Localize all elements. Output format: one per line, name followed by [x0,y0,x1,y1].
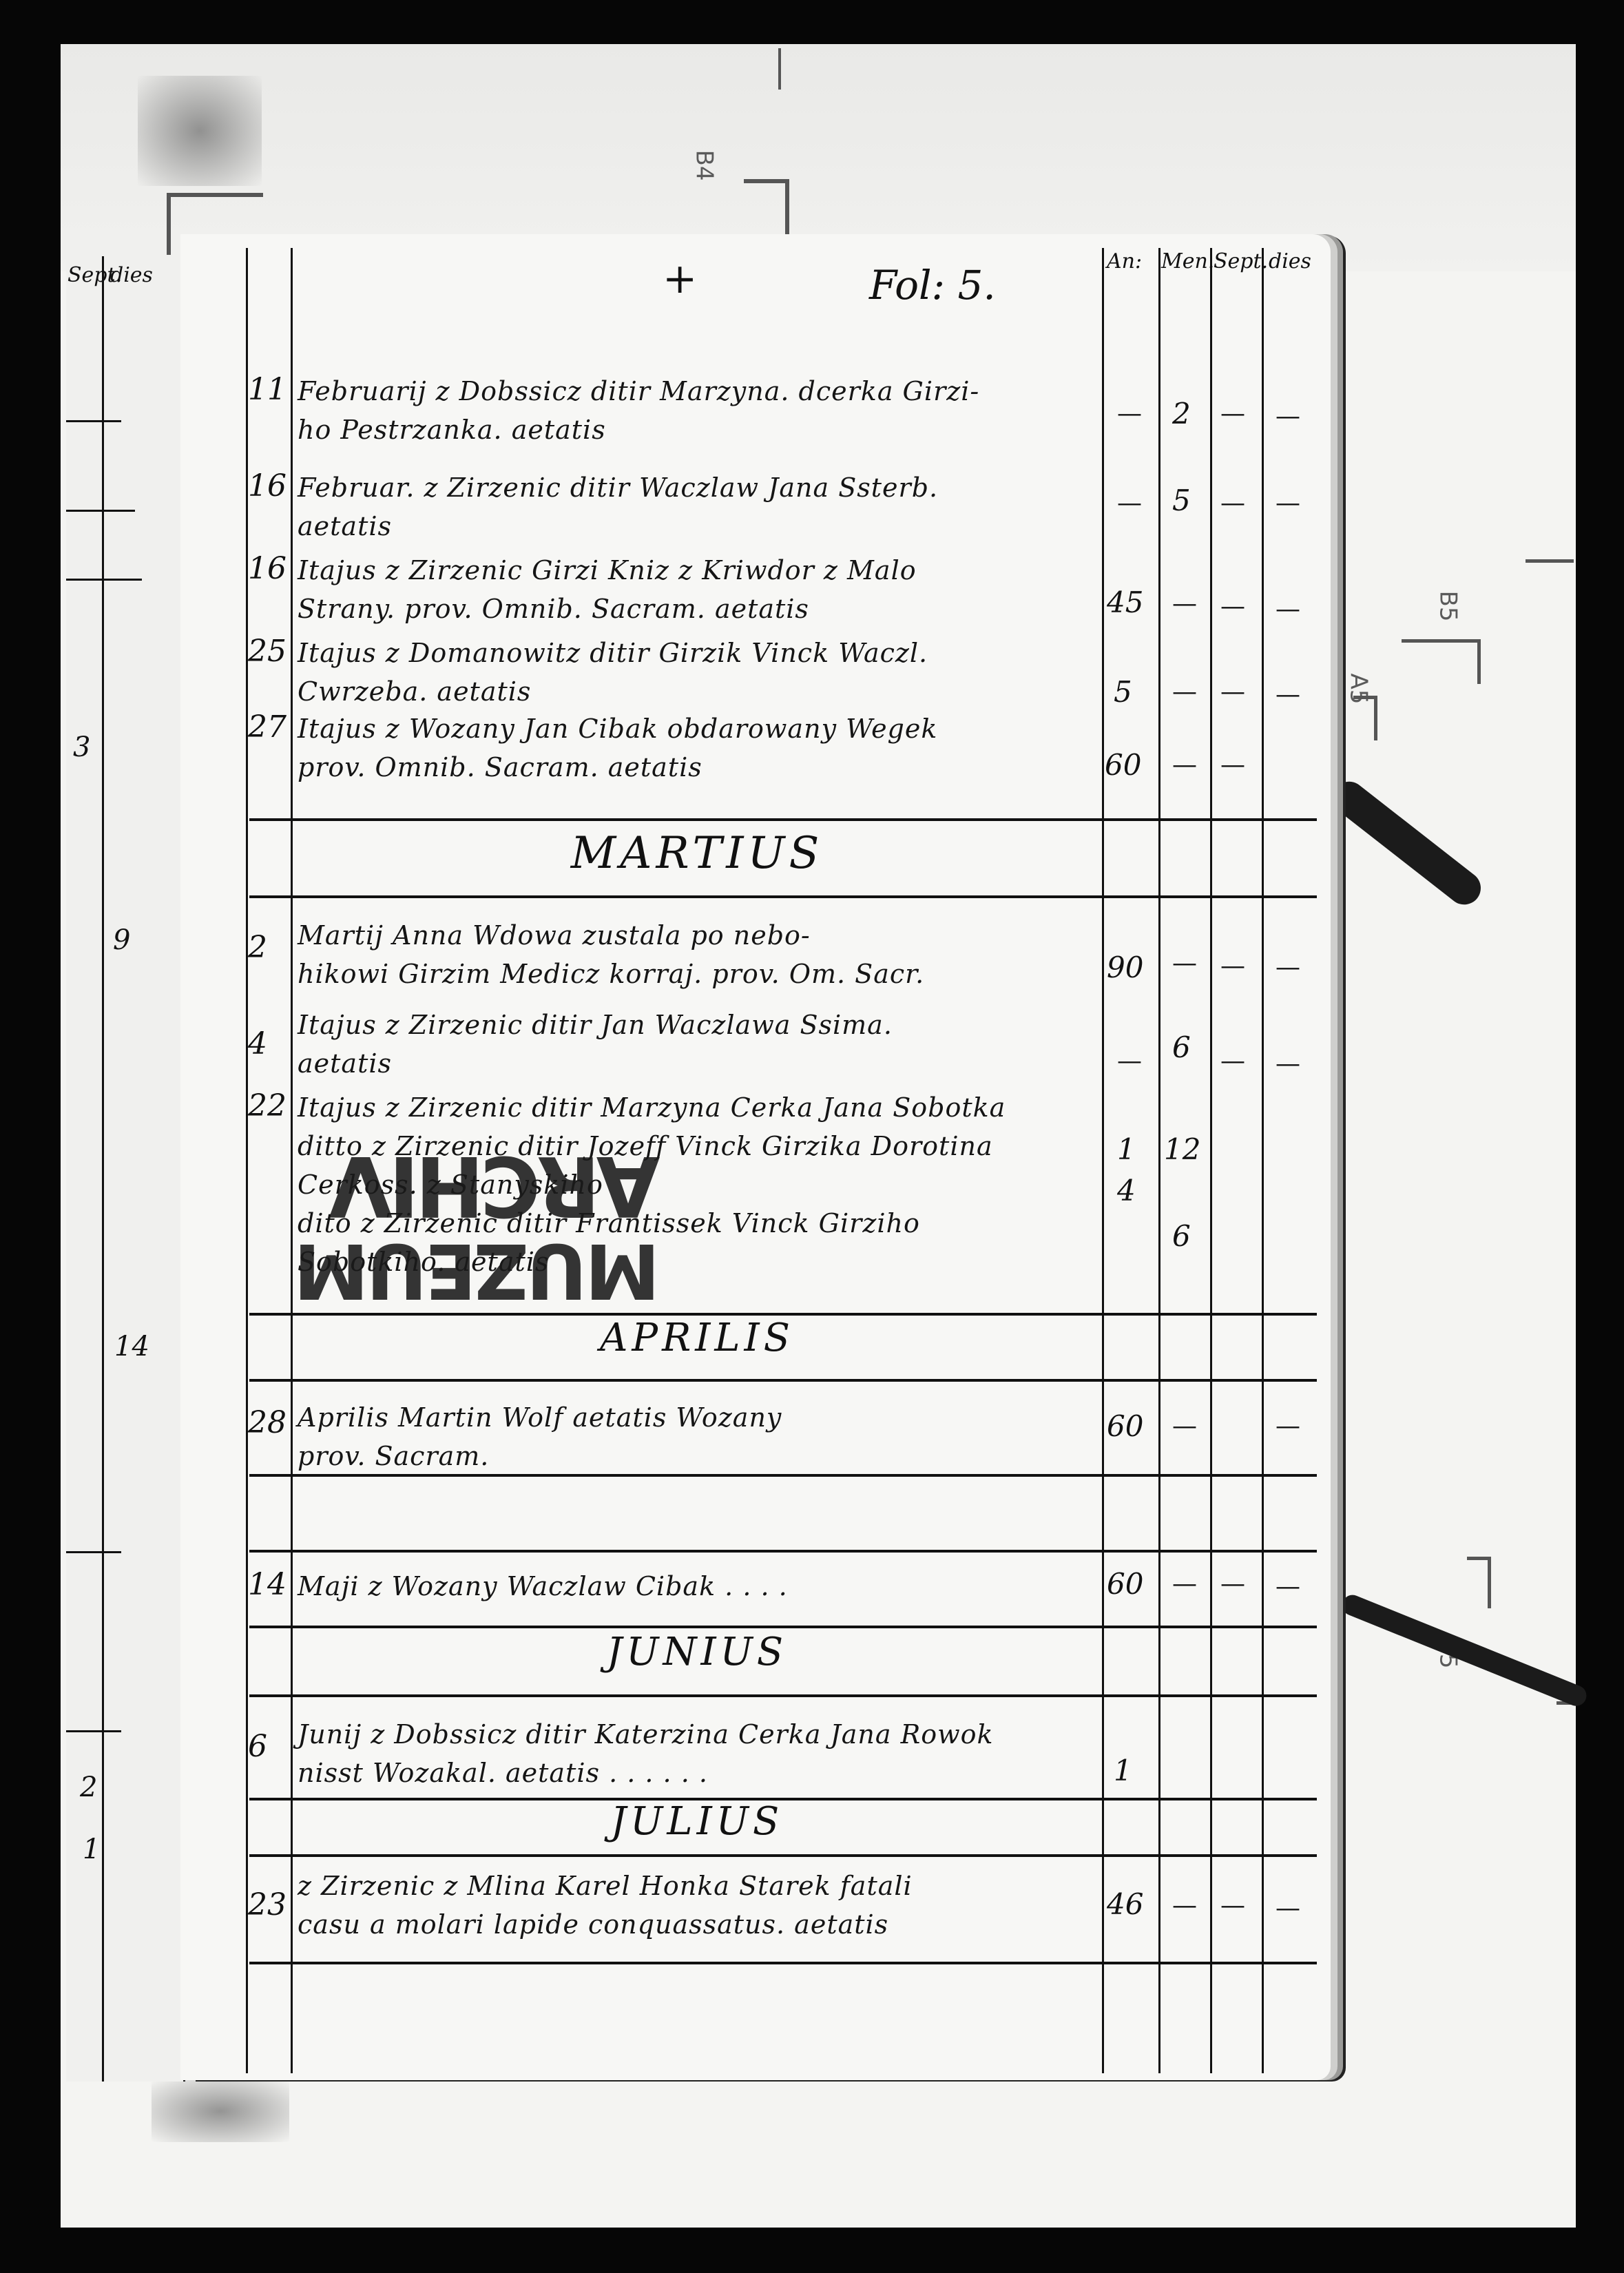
age-years-second: 4 [1117,1174,1136,1207]
stain [152,2080,289,2142]
age-months: 5 [1172,484,1191,517]
entry-text: Maji z Wozany Waczlaw Cibak . . . . [298,1567,1193,1606]
section-rule [249,1854,1317,1857]
entry-day: 28 [248,1405,287,1440]
folio-number: Fol: 5. [869,262,996,309]
left-number: 2 [80,1772,97,1803]
section-rule [249,1474,1317,1477]
age-months: 12 [1164,1132,1200,1166]
entry-line: Aprilis Martin Wolf aetatis Wozany [298,1398,1193,1437]
stamp-line-2: MUZEUM [296,1233,660,1309]
age-years: — [1117,399,1142,428]
film-label-b4: B4 [690,150,718,181]
age-days: — [1276,1412,1300,1440]
entry-day: 16 [248,551,287,586]
registration-bracket [167,193,171,255]
left-rule [66,1551,121,1553]
left-rule [66,420,121,422]
age-months: — [1172,1891,1197,1920]
section-rule [249,1694,1317,1697]
entry-line: Itajus z Zirzenic ditir Jan Waczlawa Ssi… [298,1006,1193,1044]
entry-line: casu a molari lapide conquassatus. aetat… [298,1905,1193,1944]
entry-day: 14 [248,1567,287,1602]
entry-line: Februar. z Zirzenic ditir Waczlaw Jana S… [298,468,1193,507]
age-days: — [1276,489,1300,517]
age-days: — [1276,1573,1300,1601]
entry-line: Junij z Dobssicz ditir Katerzina Cerka J… [298,1715,1193,1754]
entry-day: 4 [248,1026,267,1061]
age-months: — [1172,590,1197,618]
age-months: — [1172,1412,1197,1440]
entry-day: 27 [248,709,287,745]
age-months: — [1172,678,1197,706]
age-years: — [1117,1047,1142,1075]
left-rule [66,510,135,512]
entry-line: Itajus z Domanowitz ditir Girzik Vinck W… [298,634,1193,672]
cross-mark: + [663,255,697,303]
entry-text: z Zirzenic z Mlina Karel Honka Starek fa… [298,1867,1193,1944]
entry-day: 23 [248,1887,287,1922]
section-rule [249,1962,1317,1964]
stain [138,76,262,186]
registration-bracket [1526,559,1574,563]
entry-day: 22 [248,1088,287,1123]
entry-line: Martij Anna Wdowa zustala po nebo- [298,916,1193,955]
section-rule [249,1379,1317,1382]
left-rule [66,579,142,581]
age-weeks: — [1220,1891,1245,1920]
age-months-second: 6 [1172,1219,1191,1253]
entry-day: 6 [248,1729,267,1764]
entry-line: Itajus z Zirzenic ditir Marzyna Cerka Ja… [298,1088,1193,1127]
age-months: 6 [1172,1030,1191,1064]
registration-bracket [778,48,781,90]
entry-line: aetatis [298,507,1193,546]
entry-line: Strany. prov. Omnib. Sacram. aetatis [298,590,1193,628]
age-months: 2 [1172,397,1191,430]
registration-bracket [167,193,263,197]
age-months: — [1172,1570,1197,1598]
age-days: — [1276,1894,1300,1922]
left-number: 3 [73,731,90,763]
entry-text: Itajus z Zirzenic Girzi Kniz z Kriwdor z… [298,551,1193,628]
column-header-men: Men. [1161,249,1214,273]
age-months: — [1172,751,1197,779]
section-rule [249,895,1317,898]
registration-bracket [1467,1557,1491,1608]
registration-bracket [1353,696,1377,740]
entry-line: aetatis [298,1044,1193,1083]
entry-line: z Zirzenic z Mlina Karel Honka Starek fa… [298,1867,1193,1905]
entry-line: hikowi Girzim Medicz korraj. prov. Om. S… [298,955,1193,993]
entry-text: Itajus z Wozany Jan Cibak obdarowany Weg… [298,709,1193,787]
age-weeks: — [1220,399,1245,428]
entry-line: Maji z Wozany Waczlaw Cibak . . . . [298,1567,1193,1606]
age-weeks: — [1220,1047,1245,1075]
age-years: — [1117,489,1142,517]
age-days: — [1276,953,1300,982]
section-rule [249,1550,1317,1553]
left-number: 1 [83,1834,100,1865]
entry-line: prov. Sacram. [298,1437,1193,1475]
entry-text: Aprilis Martin Wolf aetatis Wozanyprov. … [298,1398,1193,1475]
age-years: 90 [1107,951,1143,984]
left-page-column-rule [102,256,104,2082]
age-years: 1 [1114,1754,1132,1787]
month-heading-julius: JULIUS [180,1799,1214,1844]
age-weeks: — [1220,952,1245,980]
age-years: 60 [1107,1409,1143,1443]
entry-text: Junij z Dobssicz ditir Katerzina Cerka J… [298,1715,1193,1792]
left-page-strip: Sept. dies 3 9 14 2 1 [66,256,185,2082]
age-months: — [1172,949,1197,977]
month-heading-martius: MARTIUS [180,828,1214,879]
entry-text: Martij Anna Wdowa zustala po nebo-hikowi… [298,916,1193,993]
entry-line: Februarij z Dobssicz ditir Marzyna. dcer… [298,372,1193,411]
age-years: 45 [1107,585,1143,619]
age-weeks: — [1220,592,1245,621]
entry-line: Itajus z Wozany Jan Cibak obdarowany Weg… [298,709,1193,748]
entry-line: Cwrzeba. aetatis [298,672,1193,711]
entry-line: prov. Omnib. Sacram. aetatis [298,748,1193,787]
age-weeks: — [1220,751,1245,779]
age-days: — [1276,595,1300,623]
column-header-dies: dies [1269,249,1311,273]
left-rule [66,1730,121,1732]
column-header-sept: Sept. [1214,249,1268,273]
age-years: 1 [1117,1132,1136,1166]
age-weeks: — [1220,489,1245,517]
age-days: — [1276,681,1300,709]
entry-day: 25 [248,634,287,669]
entry-line: Itajus z Zirzenic Girzi Kniz z Kriwdor z… [298,551,1193,590]
section-rule [249,1626,1317,1628]
film-label-b5: B5 [1434,591,1461,622]
age-years: 60 [1107,1567,1143,1601]
age-years: 60 [1105,748,1141,782]
column-header-an: An: [1107,249,1142,273]
age-days: — [1276,402,1300,430]
left-number: 14 [114,1331,149,1362]
section-rule [249,818,1317,821]
entry-text: Februarij z Dobssicz ditir Marzyna. dcer… [298,372,1193,449]
archive-stamp: ARCHIV MUZEUM [324,1143,660,1309]
age-weeks: — [1220,678,1245,706]
stamp-line-1: ARCHIV [324,1143,660,1226]
entry-text: Itajus z Zirzenic ditir Jan Waczlawa Ssi… [298,1006,1193,1083]
age-weeks: — [1220,1570,1245,1598]
month-heading-aprilis: APRILIS [180,1316,1214,1360]
entry-line: ho Pestrzanka. aetatis [298,411,1193,449]
entry-text: Itajus z Domanowitz ditir Girzik Vinck W… [298,634,1193,711]
age-days: — [1276,1050,1300,1078]
entry-day: 11 [248,372,287,407]
entry-text: Februar. z Zirzenic ditir Waczlaw Jana S… [298,468,1193,546]
left-number: 9 [113,924,130,956]
month-heading-junius: JUNIUS [180,1630,1214,1674]
left-header-dies: dies [110,263,153,287]
entry-line: nisst Wozakal. aetatis . . . . . . [298,1754,1193,1792]
age-years: 46 [1107,1887,1143,1921]
entry-day: 2 [248,930,267,965]
age-years: 5 [1114,675,1132,709]
registration-bracket [1402,639,1481,684]
entry-day: 16 [248,468,287,504]
